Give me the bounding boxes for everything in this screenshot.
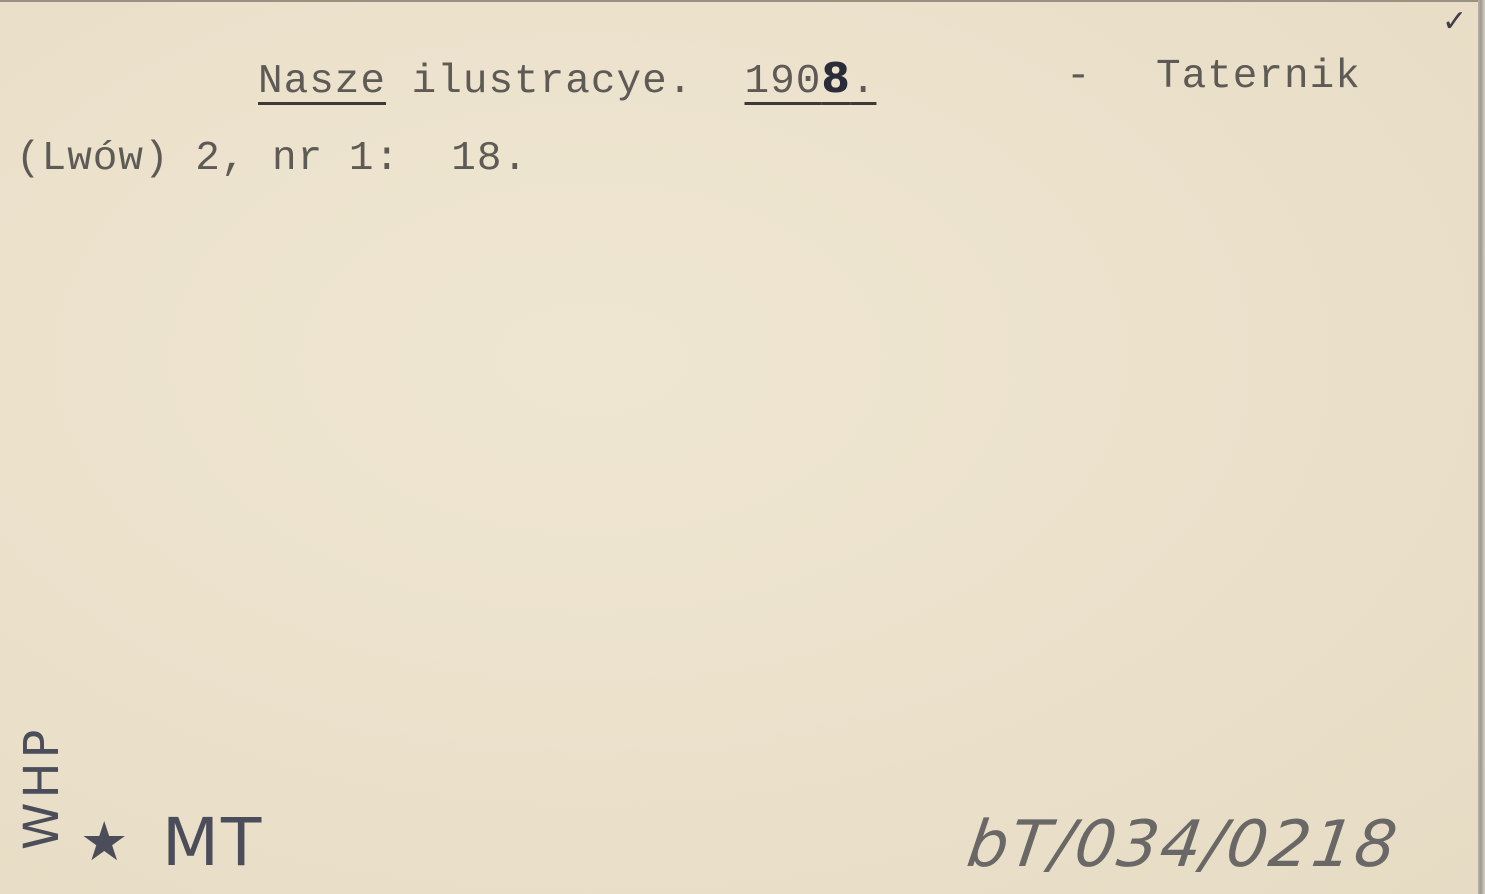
separator-dash: -	[1066, 54, 1092, 100]
entry-line-2: (Lwów) 2, nr 1: 18.	[16, 136, 528, 182]
card-edge	[1478, 0, 1485, 894]
entry-line-1: Nasze ilustracye. 1908.	[258, 54, 876, 105]
handwritten-initials: MT	[162, 804, 263, 881]
catalog-card: Nasze ilustracye. 1908. - Taternik (Lwów…	[0, 0, 1478, 894]
year: 1908.	[745, 59, 877, 105]
title-rest: ilustracye.	[386, 59, 693, 105]
journal-name: Taternik	[1156, 54, 1361, 100]
title-first-word: Nasze	[258, 59, 386, 105]
checkmark-icon: ✓	[1442, 4, 1467, 39]
handwritten-vertical-code: WHP	[14, 726, 70, 851]
year-corrected-digit: 8	[821, 54, 851, 102]
star-icon: ★	[80, 810, 128, 873]
pencil-signature-number: bT/034/0218	[963, 808, 1403, 882]
